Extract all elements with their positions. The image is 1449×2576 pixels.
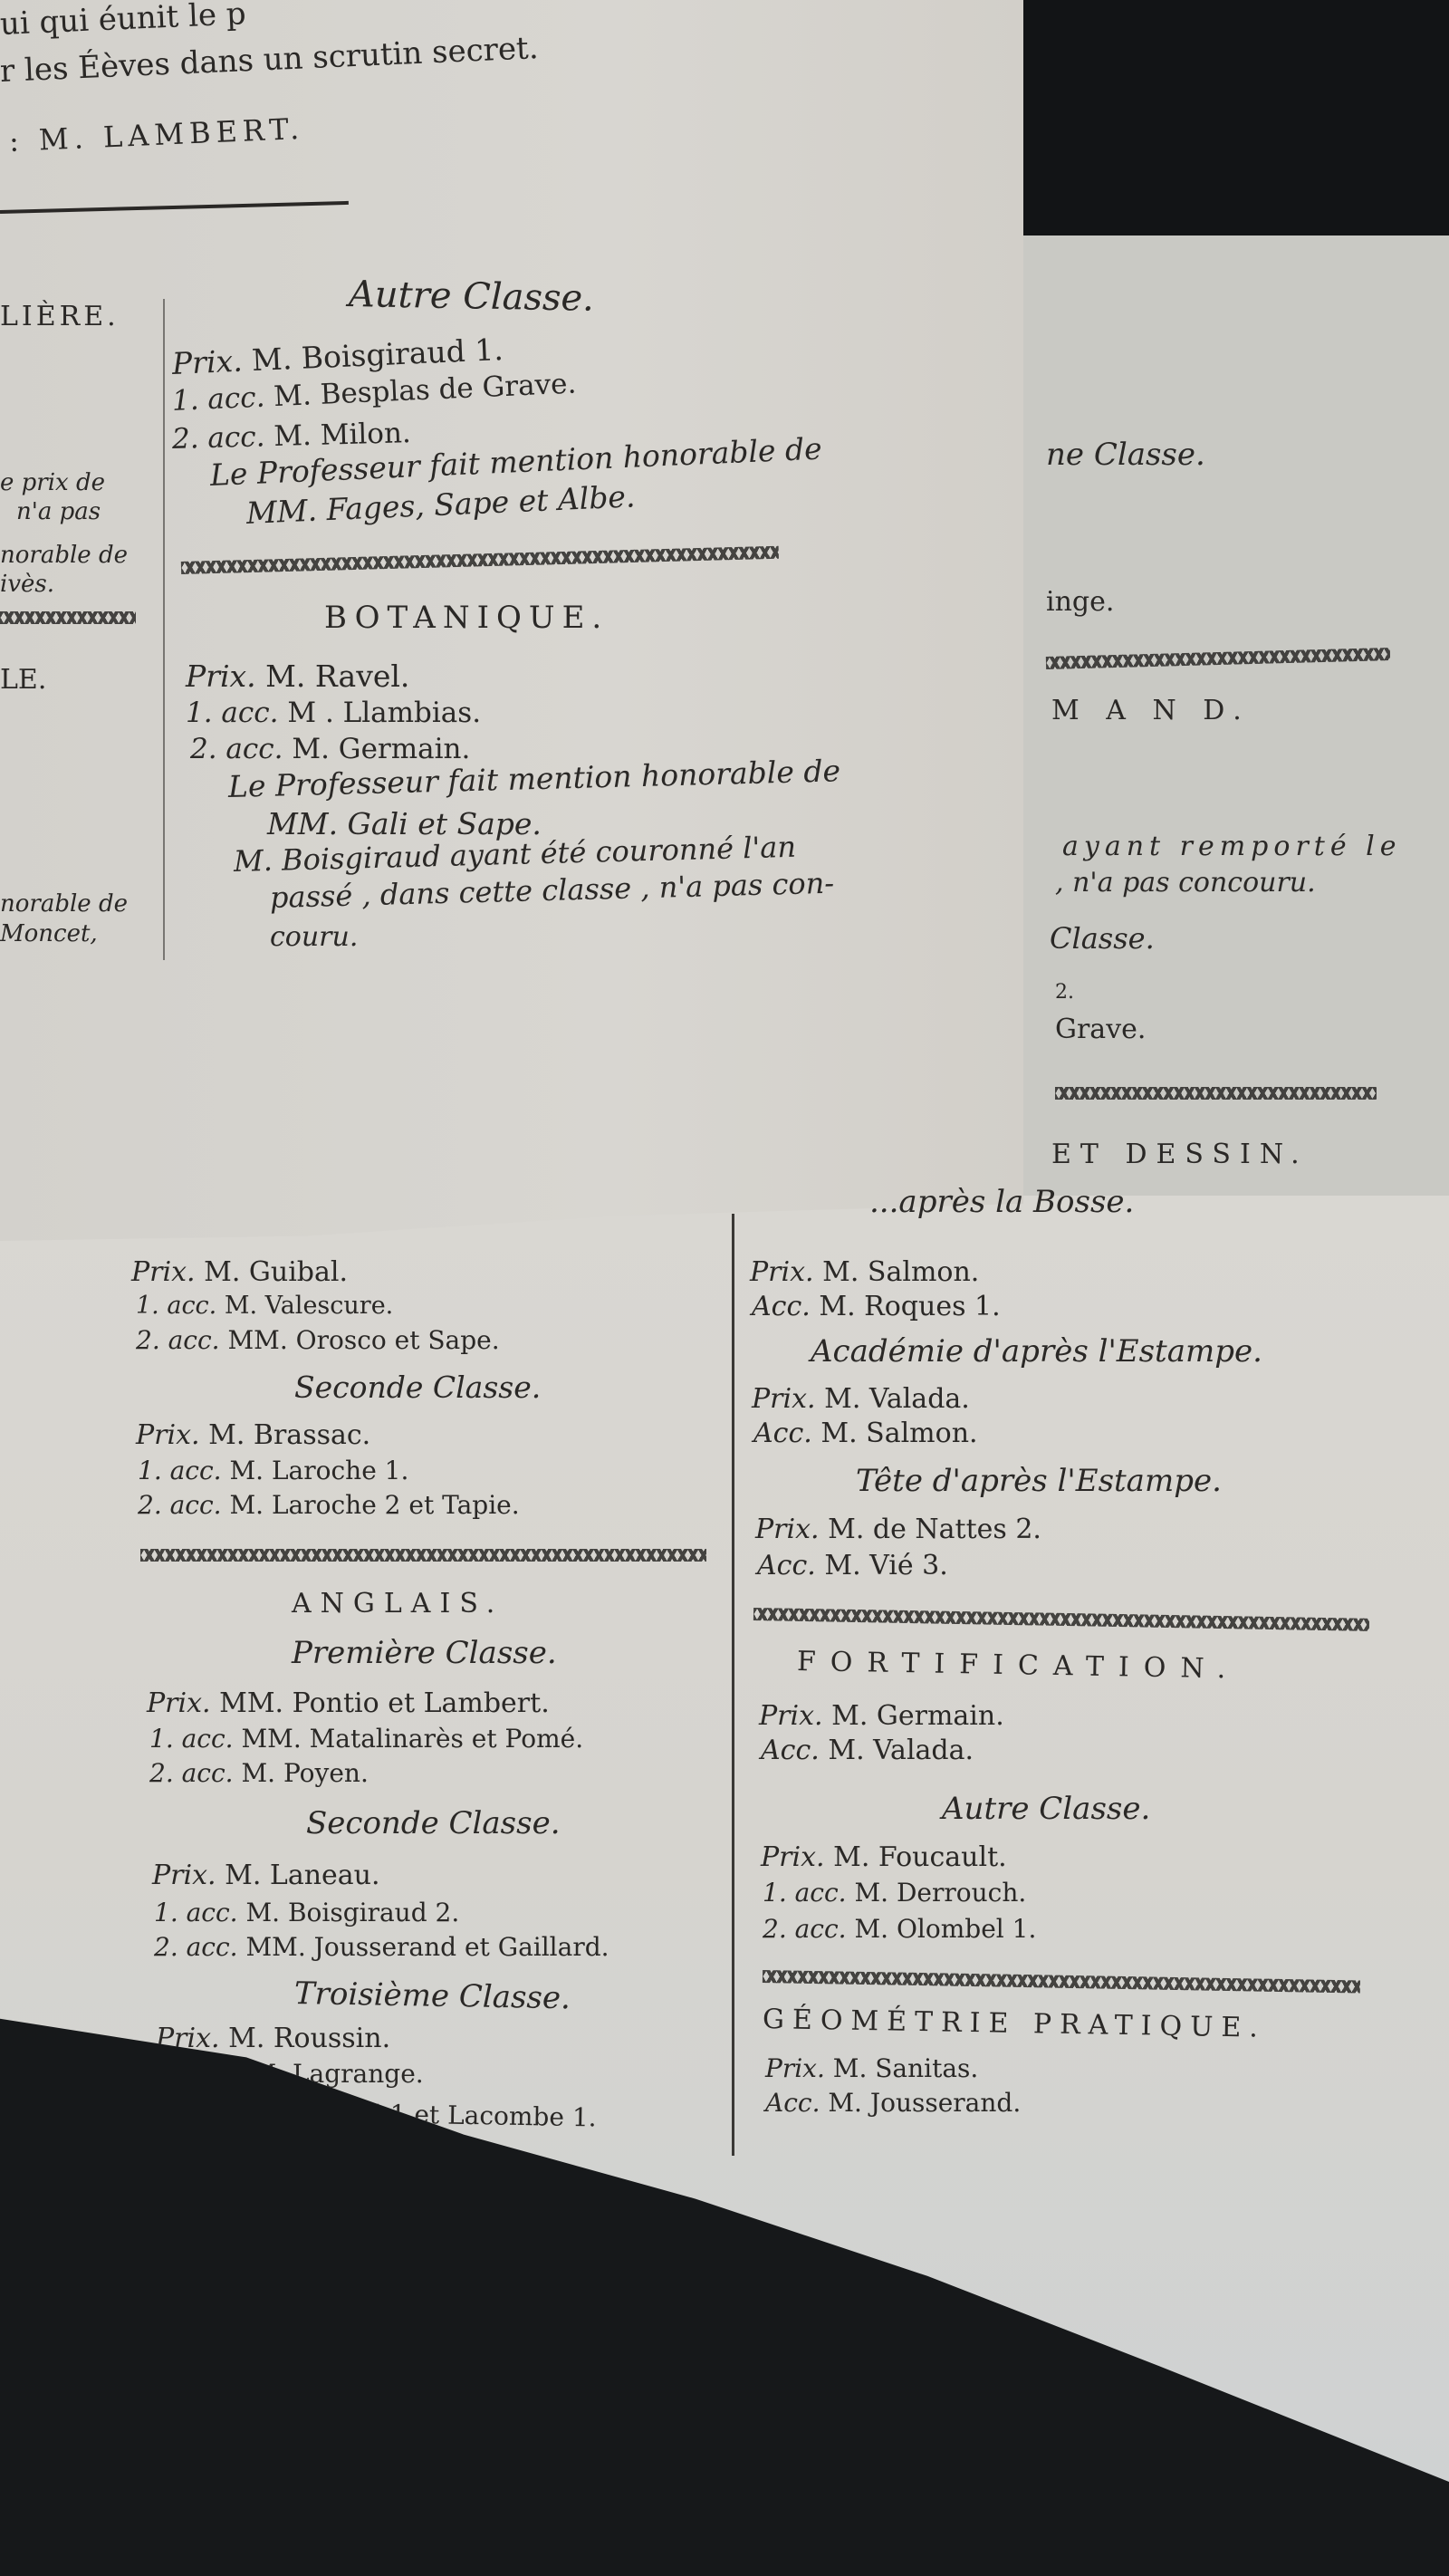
fragment-classe2: Classe. [1050,924,1155,953]
entry-prix: Prix. M. de Nattes 2. [755,1516,1041,1543]
note-couru: couru. [270,924,358,951]
entry-acc2: 2. acc. MM. Ferri 1 et Lacombe 1. [158,2098,597,2130]
ornamental-rule [1046,648,1390,669]
entry-acc1: 1. acc. M. Valescure. [136,1293,393,1318]
ornamental-rule [753,1608,1369,1631]
fragment-prix-de: e prix de [0,471,105,495]
heading-botanique: BOTANIQUE. [324,602,609,633]
entry-acc2: 2. acc. M. Milon. [172,419,412,454]
fragment-two: 2. [1055,983,1074,1003]
entry-acc1: 1. acc. M. Derrouch. [763,1880,1026,1906]
entry-prix: Prix. M. Salmon. [750,1259,979,1286]
heading-seconde-classe: Seconde Classe. [306,1808,561,1839]
fragment-classe: ne Classe. [1046,439,1205,470]
entry-acc1: 1. acc. M . Llambias. [186,699,481,727]
fragment-norable: norable de [0,543,128,567]
heading-tete: Tête d'après l'Estampe. [856,1466,1222,1496]
ornamental-rule [0,611,136,624]
ornamental-rule [763,1970,1360,1994]
entry-prix: Prix. M. Roussin. [156,2025,390,2052]
fragment-ives: ivès. [0,572,54,596]
entry-acc2: 2. acc. MM. Jousserand et Gaillard. [154,1935,609,1960]
entry-acc2: 2. acc. M. Olombel 1. [763,1917,1036,1942]
fragment-inge: inge. [1046,589,1114,616]
horizontal-rule [0,201,349,214]
heading-seconde-classe: Seconde Classe. [294,1372,541,1402]
heading-autre-classe: Autre Classe. [942,1793,1150,1824]
fragment-concouru: , n'a pas concouru. [1055,870,1316,897]
fragment-grave: Grave. [1055,1016,1146,1043]
top-fragment-line2: r les Éèves dans un scrutin secret. [0,33,539,87]
entry-acc2: 2. acc. M. Laroche 2 et Tapie. [138,1493,520,1518]
ornamental-rule [181,546,779,574]
entry-acc: Acc. M. Valada. [761,1737,974,1764]
entry-acc1: 1. acc. M. Boisgiraud 2. [154,1900,459,1926]
lower-paper-sheet: Prix. M. Guibal. 1. acc. M. Valescure. 2… [0,1196,1449,2482]
entry-prix: Prix. M. Brassac. [136,1422,370,1449]
heading-autre-classe: Autre Classe. [349,276,595,317]
note-names: MM. Gali et Sape. [267,809,542,839]
upper-paper-sheet: ui qui éunit le p r les Éèves dans un sc… [0,0,1023,1241]
fragment-na-pas: n'a pas [16,500,101,524]
ornamental-rule [1055,1087,1377,1100]
entry-acc: Acc. M. Roques 1. [752,1293,1001,1321]
entry-acc1: 1. acc. M. Laroche 1. [138,1458,408,1484]
entry-acc2: 2. acc. M. Germain. [190,735,470,764]
dark-background-top [1023,0,1449,272]
entry-prix: Prix. M. Sanitas. [765,2056,978,2081]
column-divider [732,1214,734,2156]
fragment-le: LE. [0,667,46,694]
entry-prix: Prix. M. Valada. [752,1386,970,1413]
entry-prix: Prix. M. Ravel. [186,661,409,691]
heading-geometrie-pratique: GÉOMÉTRIE PRATIQUE. [763,2006,1266,2043]
ornamental-rule [140,1549,706,1562]
entry-acc: Acc. M. Salmon. [753,1420,978,1447]
fragment-mand: M A N D. [1051,697,1251,725]
entry-prix: Prix. M. Foucault. [761,1844,1007,1871]
fragment-liere: LIÈRE. [0,303,120,331]
entry-acc1: 1. acc. M. Lagrange. [158,2062,424,2087]
column-divider [163,299,165,960]
fragment-dessin: ET DESSIN. [1051,1141,1309,1168]
entry-acc: Acc. M. Jousserand. [765,2091,1021,2116]
heading-apres-la-bosse: ...après la Bosse. [869,1187,1134,1217]
fragment-ayant: ayant remporté le [1062,833,1401,860]
entry-acc2: 2. acc. MM. Orosco et Sape. [136,1328,500,1353]
heading-anglais: ANGLAIS. [292,1591,504,1618]
heading-academie: Académie d'après l'Estampe. [811,1336,1262,1367]
entry-acc1: 1. acc. MM. Matalinarès et Pomé. [149,1726,583,1752]
entry-acc2: 2. acc. M. Poyen. [149,1761,369,1786]
top-fragment-line1: ui qui éunit le p [0,0,246,40]
fragment-norable-2: norable de [0,892,128,916]
entry-prix: Prix. M. Guibal. [131,1259,348,1286]
signature-lambert: : M. LAMBERT. [8,114,304,156]
entry-acc: Acc. M. Vié 3. [757,1552,948,1580]
heading-premiere-classe: Première Classe. [292,1638,557,1668]
entry-prix: Prix. MM. Pontio et Lambert. [147,1690,550,1717]
fragment-moncet: Moncet, [0,922,98,946]
heading-troisieme-classe: Troisième Classe. [294,1978,571,2014]
entry-prix: Prix. M. Germain. [759,1703,1004,1730]
heading-fortification: FORTIFICATION. [797,1648,1241,1684]
right-paper-sheet: ne Classe. inge. M A N D. ayant remporté… [1019,235,1449,1232]
entry-prix: Prix. M. Laneau. [152,1862,380,1889]
